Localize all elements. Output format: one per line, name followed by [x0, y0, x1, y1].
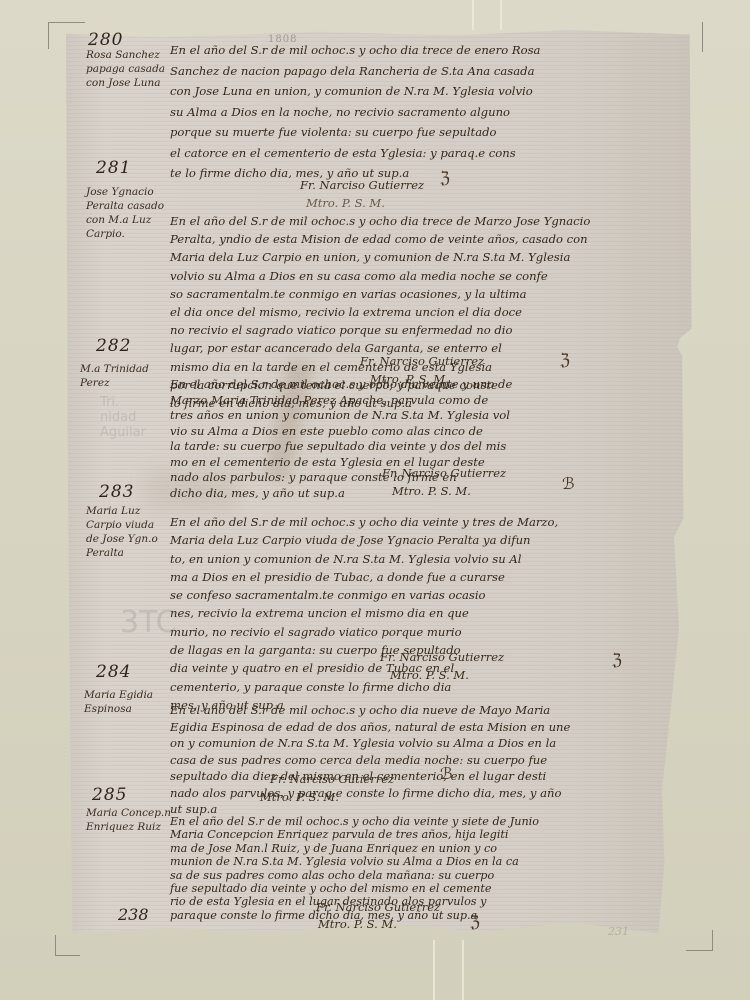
text-line: nado alos parvulos, y paraq.e conste lo … — [170, 785, 630, 802]
rubric-flourish-icon: ℬ — [562, 474, 575, 493]
signature: Fr. Narciso Gutierrez — [270, 772, 394, 786]
entry-number: 285 — [92, 785, 127, 805]
text-line: volvio su Alma a Dios en su casa como al… — [170, 267, 630, 285]
rubric-flourish-icon: ℨ — [612, 650, 622, 669]
text-line: casa de sus padres como cerca dela media… — [170, 752, 630, 769]
text-line: sa de sus padres como alas ocho dela mañ… — [170, 869, 630, 882]
entry-text: En el año del S.r de mil ochoc.s y ocho … — [170, 40, 630, 184]
entry-number: 283 — [99, 482, 134, 502]
rubric-flourish-icon: ℬ — [440, 764, 453, 783]
margin-note: Maria Luz Carpio viuda de Jose Ygn.o Per… — [86, 504, 168, 560]
text-line: Maria Concepcion Enriquez parvula de tre… — [170, 828, 630, 841]
text-line: Peralta, yndio de esta Mision de edad co… — [170, 230, 630, 248]
margin-note: Maria Concep.n Enriquez Ruiz — [86, 806, 172, 834]
bleed-through-mark: Tri.nidadAguilar — [100, 395, 146, 440]
rubric-flourish-icon: ℨ — [470, 912, 480, 931]
text-line: En el año del S.r de mil ochoc.s y ocho … — [170, 702, 630, 719]
signature: Fr. Narciso Gutierrez — [316, 900, 440, 914]
signature-title: Mtro. P. S. M. — [390, 668, 469, 682]
text-line: Egidia Espinosa de edad de dos años, nat… — [170, 719, 630, 736]
signature: Fr. Narciso Gutierrez — [382, 466, 506, 480]
text-line: con Jose Luna en union, y comunion de N.… — [170, 81, 630, 102]
board-seam — [472, 0, 474, 30]
margin-note: M.a Trinidad Perez — [80, 362, 150, 390]
entry-number: 282 — [96, 336, 131, 356]
text-line: Sanchez de nacion papago dela Rancheria … — [170, 61, 630, 82]
text-line: so sacramentalm.te conmigo en varias oca… — [170, 285, 630, 303]
entry-number: 281 — [96, 158, 131, 178]
text-line: En el año del S.r de mil ochoc.s y ocho … — [170, 40, 630, 61]
rubric-flourish-icon: ℨ — [440, 168, 450, 187]
folio-number: 238 — [118, 905, 149, 924]
entry-text: En el año del S.r de mil ochoc.s y ocho … — [170, 377, 630, 501]
text-line: se confeso sacramentalm.te conmigo en va… — [170, 586, 630, 604]
rubric-flourish-icon: ℨ — [560, 350, 570, 369]
board-seam — [500, 0, 502, 30]
signature-title: Mtro. P. S. M. — [306, 196, 385, 210]
text-line: En el año del S.r de mil ochoc.s y ocho … — [170, 513, 630, 531]
text-line: on y comunion de N.ra S.ta M. Yglesia vo… — [170, 735, 630, 752]
text-line: Maria dela Luz Carpio en union, y comuni… — [170, 248, 630, 266]
text-line: el catorce en el cementerio de esta Ygle… — [170, 143, 630, 164]
text-line: tres años en union y comunion de N.ra S.… — [170, 408, 630, 424]
text-line: fue sepultado dia veinte y ocho del mism… — [170, 882, 630, 895]
text-line: En el año del S.r de mil ochoc.s y ocho … — [170, 212, 630, 230]
margin-note: Maria Egidia Espinosa — [84, 688, 166, 716]
mount-corner-bottom-left — [55, 935, 80, 956]
signature-title: Mtro. P. S. M. — [392, 484, 471, 498]
text-line: munion de N.ra S.ta M. Yglesia volvio su… — [170, 855, 630, 868]
text-line: no recivio el sagrado viatico porque su … — [170, 321, 630, 339]
mount-corner-bottom-right — [686, 930, 713, 951]
text-line: ma de Jose Man.l Ruiz, y de Juana Enriqu… — [170, 842, 630, 855]
text-line: porque su muerte fue violenta: su cuerpo… — [170, 122, 630, 143]
entry-text: En el año del S.r de mil ochoc.s y ocho … — [170, 702, 630, 818]
entry-number: 280 — [88, 30, 123, 50]
signature-title: Mtro. P. S. M. — [318, 917, 397, 931]
text-line: En el año del S.r de mil ochoc.s y ocho … — [170, 815, 630, 828]
text-line: murio, no recivio el sagrado viatico por… — [170, 623, 630, 641]
entry-text: En el año del S.r de mil ochoc.s y ocho … — [170, 513, 630, 714]
text-line: su Alma a Dios en la noche, no recivio s… — [170, 102, 630, 123]
signature: Fr. Narciso Gutierrez — [300, 178, 424, 192]
text-line: Maria dela Luz Carpio viuda de Jose Ygna… — [170, 531, 630, 549]
bleed-through-mark: 3TC — [120, 605, 177, 640]
text-line: Marzo Maria Trinidad Perez Apache, parvu… — [170, 393, 630, 409]
signature: Fr. Narciso Gutierrez — [360, 354, 484, 368]
board-seam — [462, 940, 464, 1000]
text-line: la tarde: su cuerpo fue sepultado dia ve… — [170, 439, 630, 455]
text-line: vio su Alma a Dios en este pueblo como a… — [170, 424, 630, 440]
text-line: nes, recivio la extrema uncion el mismo … — [170, 604, 630, 622]
text-line: sepultado dia diez del mismo en el cemen… — [170, 768, 630, 785]
text-line: el dia once del mismo, recivio la extrem… — [170, 303, 630, 321]
text-line: En el año del S.r de mil ochoc.s y ocho … — [170, 377, 630, 393]
mount-corner-top-right — [690, 22, 703, 52]
text-line: ma a Dios en el presidio de Tubac, a don… — [170, 568, 630, 586]
board-seam — [433, 940, 435, 1000]
entry-number: 284 — [96, 662, 131, 682]
signature: Fr. Narciso Gutierrez — [380, 650, 504, 664]
signature-title: Mtro. P. S. M. — [260, 790, 339, 804]
text-line: to, en union y comunion de N.ra S.ta M. … — [170, 550, 630, 568]
faint-page-mark: 231 — [608, 925, 629, 938]
